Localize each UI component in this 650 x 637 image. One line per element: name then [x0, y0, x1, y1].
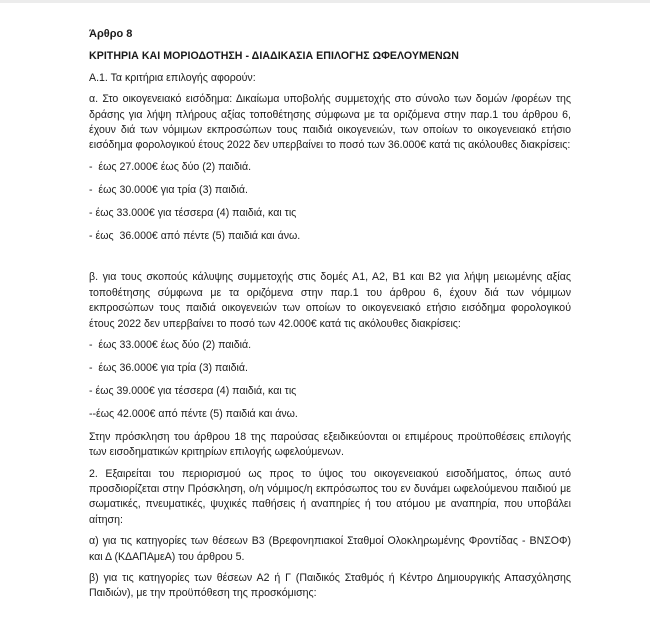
document-page: Άρθρο 8 ΚΡΙΤΗΡΙΑ ΚΑΙ ΜΟΡΙΟΔΟΤΗΣΗ - ΔΙΑΔΙ…	[89, 27, 571, 608]
income-bullet: - έως 33.000€ για τέσσερα (4) παιδιά, κα…	[89, 206, 571, 221]
income-bullet: - έως 39.000€ για τέσσερα (4) παιδιά, κα…	[89, 384, 571, 399]
income-bullet: --έως 42.000€ από πέντε (5) παιδιά και ά…	[89, 407, 571, 422]
section-heading: ΚΡΙΤΗΡΙΑ ΚΑΙ ΜΟΡΙΟΔΟΤΗΣΗ - ΔΙΑΔΙΚΑΣΙΑ ΕΠ…	[89, 49, 571, 64]
article-title: Άρθρο 8	[89, 27, 571, 42]
income-criterion-a: α. Στο οικογενειακό εισόδημα: Δικαίωμα υ…	[89, 92, 571, 154]
exemption-item-b: β) για τις κατηγορίες των θέσεων Α2 ή Γ …	[89, 571, 571, 602]
income-bullet: - έως 36.000€ για τρία (3) παιδιά.	[89, 361, 571, 376]
income-criterion-b: β. για τους σκοπούς κάλυψης συμμετοχής σ…	[89, 270, 571, 332]
income-bullet: - έως 33.000€ έως δύο (2) παιδιά.	[89, 338, 571, 353]
page-top-edge	[0, 0, 650, 3]
income-bullet: - έως 30.000€ για τρία (3) παιδιά.	[89, 183, 571, 198]
income-bullet: - έως 27.000€ έως δύο (2) παιδιά.	[89, 160, 571, 175]
exemption-item-a: α) για τις κατηγορίες των θέσεων Β3 (Βρε…	[89, 534, 571, 565]
income-bullet: - έως 36.000€ από πέντε (5) παιδιά και ά…	[89, 229, 571, 244]
exemption-paragraph: 2. Εξαιρείται του περιορισμού ως προς το…	[89, 467, 571, 529]
spacer	[89, 251, 571, 270]
invitation-note: Στην πρόσκληση του άρθρου 18 της παρούσα…	[89, 430, 571, 461]
criteria-intro: Α.1. Τα κριτήρια επιλογής αφορούν:	[89, 71, 571, 86]
